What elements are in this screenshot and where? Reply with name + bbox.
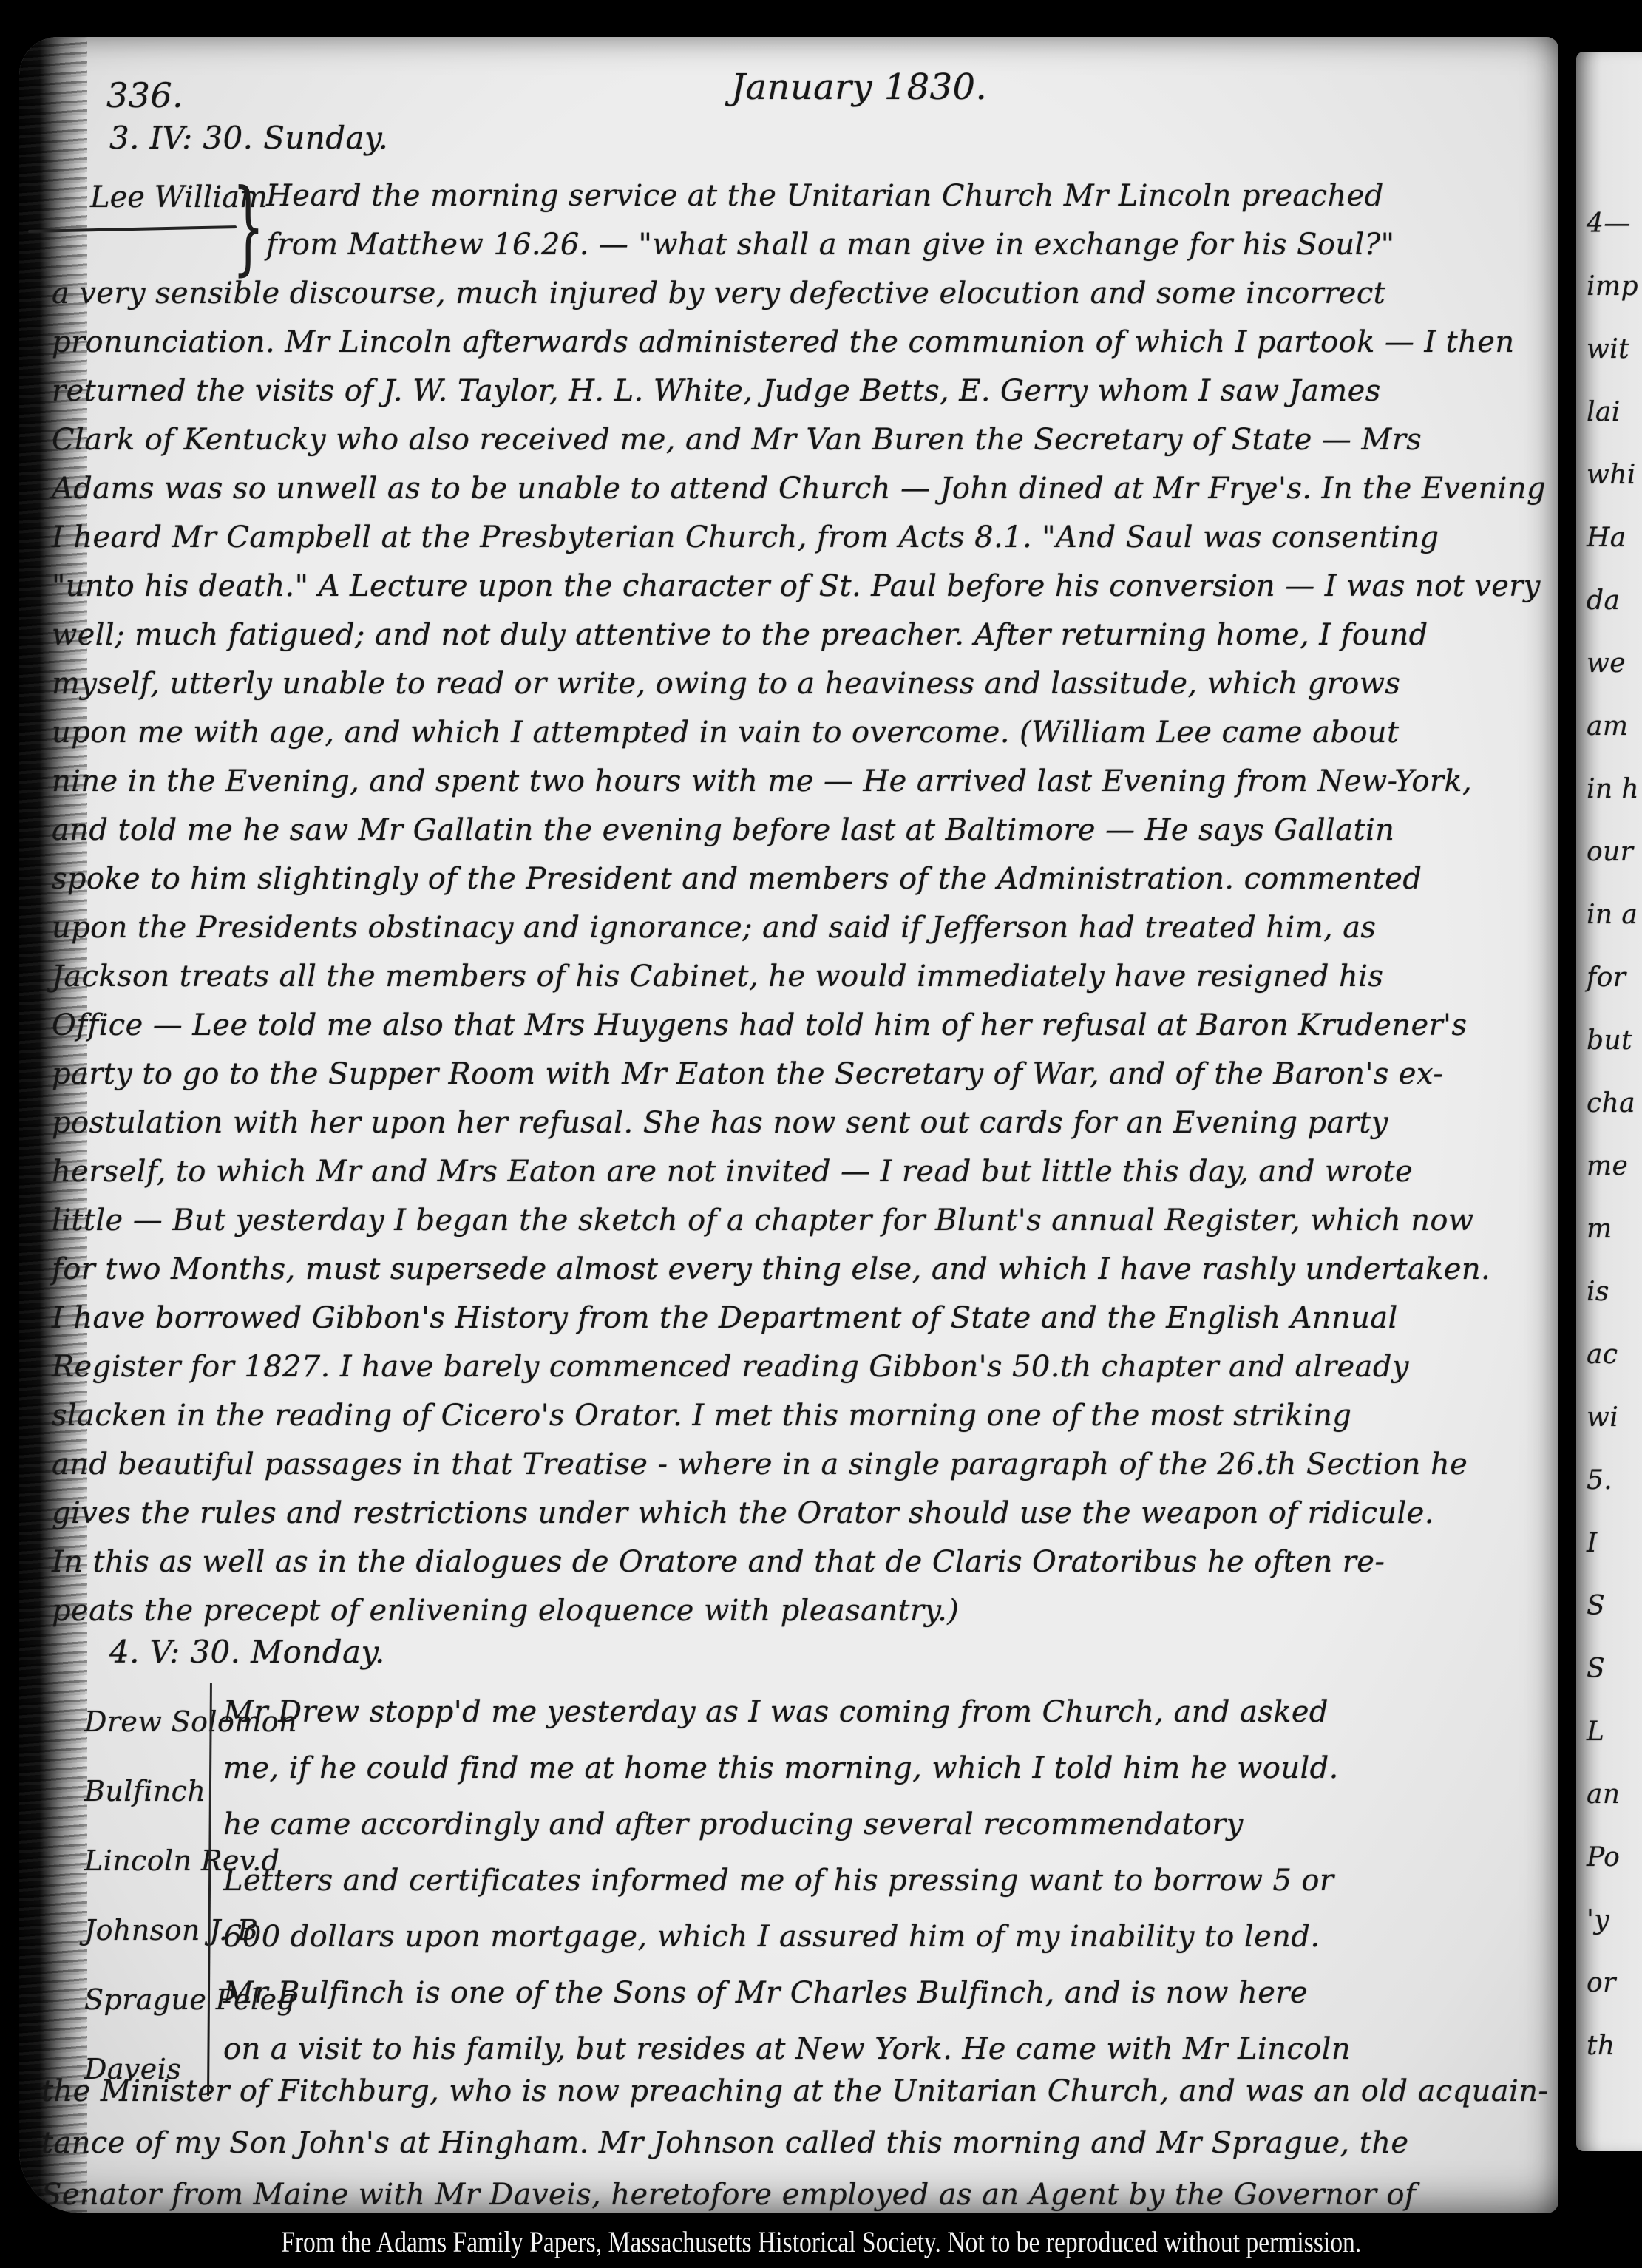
footer-bar: From the Adams Family Papers, Massachuse…: [0, 2215, 1642, 2268]
diary-line: I have borrowed Gibbon's History from th…: [52, 1294, 1538, 1342]
facing-fragment: cha: [1576, 1072, 1642, 1135]
facing-fragment: th: [1576, 2014, 1642, 2077]
facing-fragment: m: [1576, 1198, 1642, 1260]
facing-fragment: I: [1576, 1512, 1642, 1575]
left-page: 336. January 1830. 3. IV: 30. Sunday. Le…: [19, 37, 1558, 2213]
diary-line: Office — Lee told me also that Mrs Huyge…: [52, 1001, 1538, 1050]
facing-fragment: am: [1576, 695, 1642, 758]
diary-line: Letters and certificates informed me of …: [223, 1853, 1527, 1909]
diary-line: upon me with age, and which I attempted …: [52, 708, 1538, 757]
diary-line: for two Months, must supersede almost ev…: [52, 1245, 1538, 1294]
facing-fragment: for: [1576, 946, 1642, 1009]
facing-fragment: is: [1576, 1260, 1642, 1323]
facing-fragment: an: [1576, 1763, 1642, 1826]
facing-fragment: lai: [1576, 381, 1642, 444]
diary-line: spoke to him slightingly of the Presiden…: [52, 855, 1538, 903]
diary-line: from Matthew 16.26. — "what shall a man …: [266, 220, 1538, 269]
facing-fragment: da: [1576, 569, 1642, 632]
diary-line: little — But yesterday I began the sketc…: [52, 1196, 1538, 1245]
sunday-entry-body: Heard the morning service at the Unitari…: [52, 172, 1538, 1635]
diary-line: nine in the Evening, and spent two hours…: [52, 757, 1538, 806]
diary-line: Adams was so unwell as to be unable to a…: [52, 464, 1538, 513]
facing-fragment: 4—: [1576, 192, 1642, 255]
facing-fragment: or: [1576, 1952, 1642, 2014]
archive-caption: From the Adams Family Papers, Massachuse…: [281, 2224, 1361, 2259]
diary-line: party to go to the Supper Room with Mr E…: [52, 1050, 1538, 1099]
facing-fragment: L: [1576, 1700, 1642, 1763]
diary-line: tance of my Son John's at Hingham. Mr Jo…: [41, 2117, 1542, 2169]
facing-fragment: wit: [1576, 318, 1642, 381]
diary-line: Mr Drew stopp'd me yesterday as I was co…: [223, 1684, 1527, 1740]
diary-line: Heard the morning service at the Unitari…: [266, 172, 1538, 220]
diary-line: I heard Mr Campbell at the Presbyterian …: [52, 513, 1538, 562]
diary-line: upon the Presidents obstinacy and ignora…: [52, 903, 1538, 952]
facing-fragment: imp: [1576, 255, 1642, 318]
diary-line: peats the precept of enlivening eloquenc…: [52, 1586, 1538, 1635]
facing-fragment: whi: [1576, 444, 1642, 506]
header-month-year: January 1830.: [19, 67, 1558, 108]
diary-line: "unto his death." A Lecture upon the cha…: [52, 562, 1538, 611]
diary-line: pronunciation. Mr Lincoln afterwards adm…: [52, 318, 1538, 367]
facing-fragment: ac: [1576, 1323, 1642, 1386]
diary-line: 600 dollars upon mortgage, which I assur…: [223, 1909, 1527, 1965]
diary-line: slacken in the reading of Cicero's Orato…: [52, 1391, 1538, 1440]
diary-line: myself, utterly unable to read or write,…: [52, 659, 1538, 708]
monday-entry-body: Mr Drew stopp'd me yesterday as I was co…: [223, 1684, 1527, 2077]
diary-line: a very sensible discourse, much injured …: [52, 269, 1538, 318]
facing-fragment: in h: [1576, 758, 1642, 821]
diary-line: Jackson treats all the members of his Ca…: [52, 952, 1538, 1001]
diary-line: postulation with her upon her refusal. S…: [52, 1099, 1538, 1147]
diary-line: gives the rules and restrictions under w…: [52, 1489, 1538, 1538]
diary-line: returned the visits of J. W. Taylor, H. …: [52, 367, 1538, 415]
diary-line: he came accordingly and after producing …: [223, 1796, 1527, 1853]
diary-line: herself, to which Mr and Mrs Eaton are n…: [52, 1147, 1538, 1196]
diary-scan: 336. January 1830. 3. IV: 30. Sunday. Le…: [0, 0, 1642, 2268]
facing-fragment: but: [1576, 1009, 1642, 1072]
diary-line: Clark of Kentucky who also received me, …: [52, 415, 1538, 464]
facing-fragment: in a: [1576, 883, 1642, 946]
facing-fragment: we: [1576, 632, 1642, 695]
sunday-entry-heading: 3. IV: 30. Sunday.: [109, 120, 388, 156]
diary-line: well; much fatigued; and not duly attent…: [52, 611, 1538, 659]
diary-line: and told me he saw Mr Gallatin the eveni…: [52, 806, 1538, 855]
facing-fragment: Po: [1576, 1826, 1642, 1889]
diary-line: Mr Bulfinch is one of the Sons of Mr Cha…: [223, 1965, 1527, 2021]
monday-entry-heading: 4. V: 30. Monday.: [109, 1634, 385, 1670]
diary-line: me, if he could find me at home this mor…: [223, 1740, 1527, 1796]
facing-fragment: our: [1576, 821, 1642, 883]
diary-line: and beautiful passages in that Treatise …: [52, 1440, 1538, 1489]
facing-fragment: S: [1576, 1637, 1642, 1700]
facing-fragment: me: [1576, 1135, 1642, 1198]
facing-page-sliver: 4— imp wit lai whi Ha da we am in h our …: [1576, 52, 1642, 2151]
diary-line: In this as well as in the dialogues de O…: [52, 1538, 1538, 1586]
monday-entry-closing: the Minister of Fitchburg, who is now pr…: [41, 2065, 1542, 2213]
facing-fragment: wi: [1576, 1386, 1642, 1449]
diary-line: the Minister of Fitchburg, who is now pr…: [41, 2065, 1542, 2117]
diary-line: Register for 1827. I have barely commenc…: [52, 1342, 1538, 1391]
facing-fragment: S: [1576, 1575, 1642, 1637]
diary-line: Senator from Maine with Mr Daveis, heret…: [41, 2169, 1542, 2213]
facing-fragment: 'y: [1576, 1889, 1642, 1952]
facing-fragment: Ha: [1576, 506, 1642, 569]
facing-fragment: 5.: [1576, 1449, 1642, 1512]
